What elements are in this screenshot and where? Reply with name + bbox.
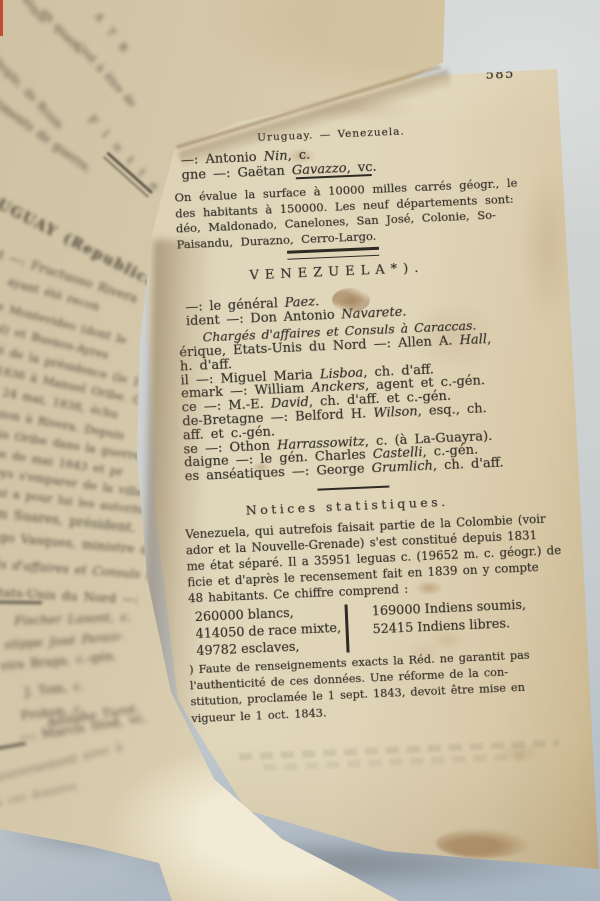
book-photo: 585 Uruguay. — Venezuela. —: Antonio Nin… — [0, 0, 600, 901]
footnote: ) Faute de renseignements exacts la Réd.… — [189, 648, 532, 728]
blurred-text-fragment: de ces données — [0, 779, 78, 810]
blurred-text-fragment: go Vasques, ministre des — [0, 529, 163, 558]
blurred-text-fragment: Fischer Lasont, c. — [14, 609, 132, 628]
blurred-text-fragment: J. Tom, c. — [24, 679, 84, 699]
section-divider-rule — [287, 247, 379, 260]
photo-edge-red-mark — [0, 0, 3, 36]
consul-entries: érique, États-Unis du Nord —: Allen A. H… — [179, 333, 504, 485]
blurred-text-fragment: elippe José Pereir- — [4, 629, 125, 652]
population-columns: 260000 blancs,414050 de race mixte,49782… — [195, 603, 343, 660]
blurred-text-fragment: gouvernement avec à — [0, 739, 124, 785]
uruguay-statistics-note: On évalue la surface à 10000 milles carr… — [174, 176, 519, 253]
venezuela-heading: VENEZUELA*). — [172, 257, 502, 286]
divider-rule — [317, 486, 389, 491]
population-right-column: 169000 Indiens soumis,52415 Indiens libr… — [371, 597, 527, 639]
blurred-text-fragment: és d'affaires et Consuls à — [0, 557, 154, 582]
blurred-text-fragment: eira Braga, c.-gén. — [0, 649, 118, 673]
blurred-text-fragment: F l o t t e — [85, 112, 165, 196]
statistics-paragraph: Venezuela, qui autrefois faisait partie … — [185, 510, 563, 606]
right-page-text: 585 Uruguay. — Venezuela. —: Antonio Nin… — [163, 53, 597, 850]
population-left-column: 260000 blancs,414050 de race mixte,49782… — [195, 603, 343, 660]
blurred-text-fragment: A T R — [92, 10, 133, 57]
column-divider-bar — [344, 604, 349, 652]
